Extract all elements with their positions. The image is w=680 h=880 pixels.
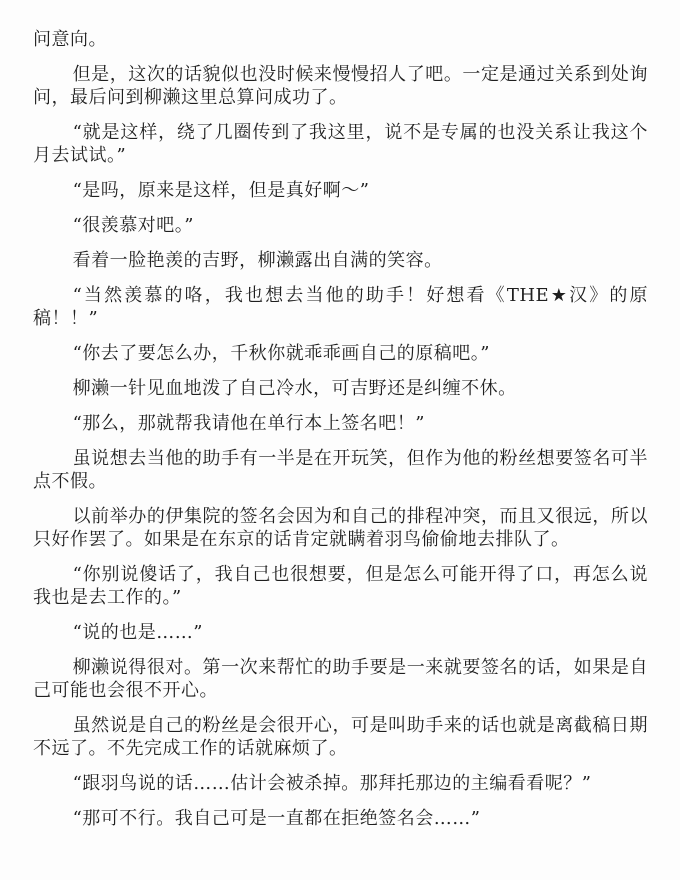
paragraph: 柳濑一针见血地泼了自己冷水，可吉野还是纠缠不休。 xyxy=(33,377,648,400)
paragraph-dialogue: “那可不行。我自己可是一直都在拒绝签名会……” xyxy=(33,807,648,830)
paragraph-dialogue: “是吗，原来是这样，但是真好啊～” xyxy=(33,179,648,202)
paragraph-dialogue: “你去了要怎么办，千秋你就乖乖画自己的原稿吧。” xyxy=(33,342,648,365)
paragraph-dialogue: “跟羽鸟说的话……估计会被杀掉。那拜托那边的主编看看呢？” xyxy=(33,772,648,795)
paragraph-dialogue: “你别说傻话了，我自己也很想要，但是怎么可能开得了口，再怎么说我也是去工作的。” xyxy=(33,563,648,609)
paragraph: 以前举办的伊集院的签名会因为和自己的排程冲突，而且又很远，所以只好作罢了。如果是… xyxy=(33,505,648,551)
paragraph-dialogue: “很羡慕对吧。” xyxy=(33,214,648,237)
novel-page: 问意向。 但是，这次的话貌似也没时候来慢慢招人了吧。一定是通过关系到处询问，最后… xyxy=(0,0,680,880)
paragraph: 看着一脸艳羡的吉野，柳濑露出自满的笑容。 xyxy=(33,249,648,272)
paragraph: 问意向。 xyxy=(33,28,648,51)
paragraph-dialogue: “说的也是……” xyxy=(33,621,648,644)
paragraph-dialogue: “就是这样，绕了几圈传到了我这里，说不是专属的也没关系让我这个月去试试。” xyxy=(33,121,648,167)
paragraph: 但是，这次的话貌似也没时候来慢慢招人了吧。一定是通过关系到处询问，最后问到柳濑这… xyxy=(33,63,648,109)
paragraph: 柳濑说得很对。第一次来帮忙的助手要是一来就要签名的话，如果是自己可能也会很不开心… xyxy=(33,656,648,702)
paragraph-dialogue: “那么，那就帮我请他在单行本上签名吧！” xyxy=(33,412,648,435)
paragraph-dialogue: “当然羡慕的咯，我也想去当他的助手！好想看《THE★汉》的原稿！！” xyxy=(33,284,648,330)
paragraph: 虽说想去当他的助手有一半是在开玩笑，但作为他的粉丝想要签名可半点不假。 xyxy=(33,447,648,493)
paragraph: 虽然说是自己的粉丝是会很开心，可是叫助手来的话也就是离截稿日期不远了。不先完成工… xyxy=(33,714,648,760)
